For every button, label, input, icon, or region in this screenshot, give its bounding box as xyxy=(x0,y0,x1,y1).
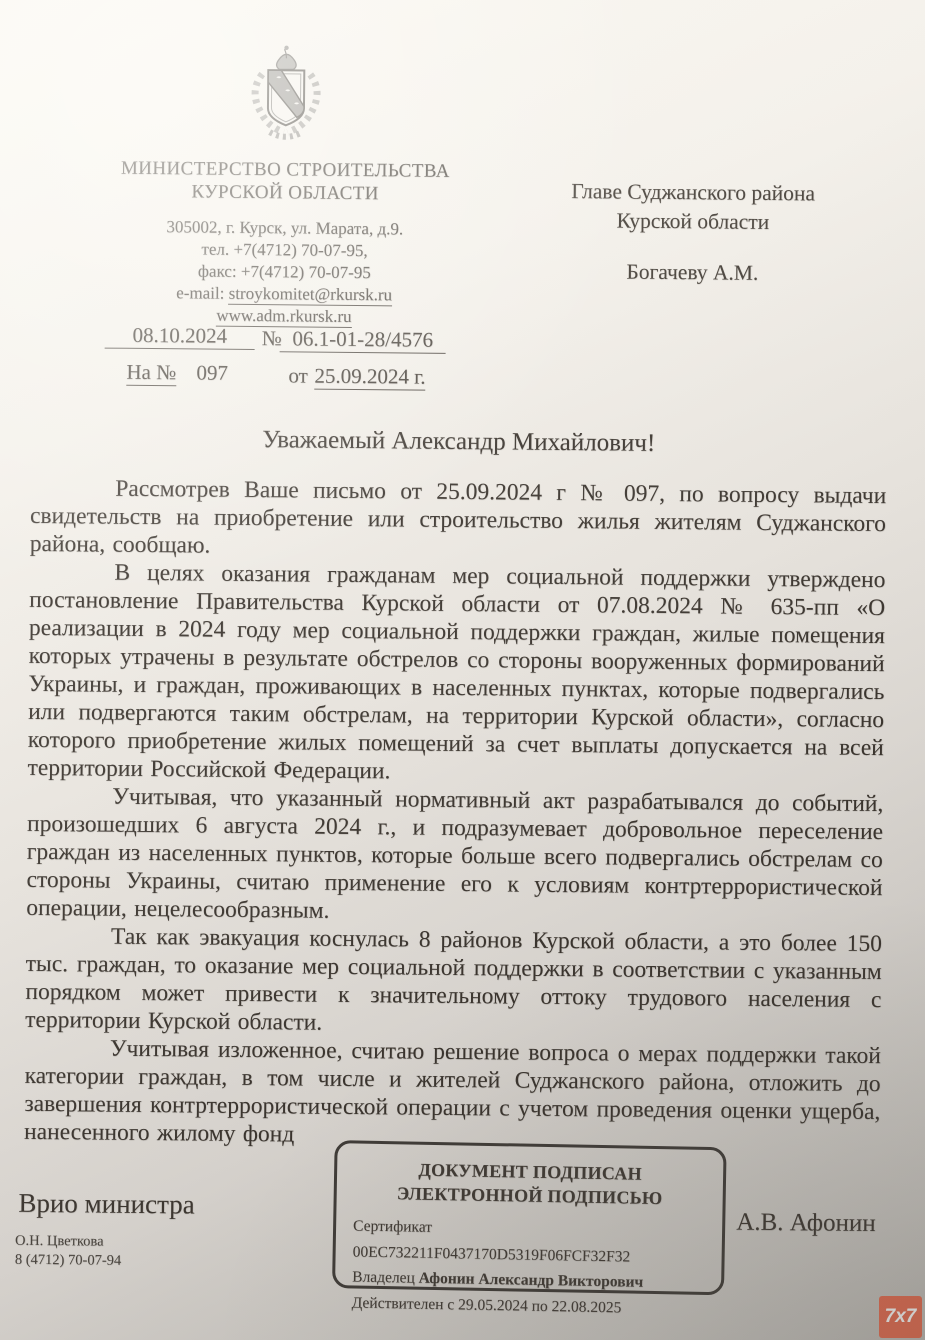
stamp-validity-line: Действителен с 29.05.2024 по 22.08.2025 xyxy=(351,1290,706,1322)
recipient-name: Богачеву А.М. xyxy=(527,257,857,289)
validity-label: Действителен с xyxy=(352,1294,455,1313)
recipient-block: Главе Суджанского района Курской области… xyxy=(527,177,858,289)
kursk-coat-of-arms-icon xyxy=(240,44,333,149)
valid-from: 29.05.2024 xyxy=(458,1296,528,1314)
reply-to-number: 097 xyxy=(196,360,228,385)
paragraph-4: Так как эвакуация коснулась 8 районов Ку… xyxy=(25,922,882,1042)
reply-from-label: от xyxy=(288,363,308,388)
signer-position: Врио министра xyxy=(18,1188,195,1221)
letter-body: Уважаемый Александр Михайлович! Рассмотр… xyxy=(24,424,887,1154)
7x7-watermark-logo: 7х7 xyxy=(879,1296,922,1338)
paragraph-5: Учитывая изложенное, считаю решение вопр… xyxy=(24,1034,881,1154)
executor-name: О.Н. Цветкова xyxy=(15,1232,122,1252)
paragraph-2: В целях оказания гражданам мер социально… xyxy=(27,558,885,790)
executor-phone: 8 (4712) 70-07-94 xyxy=(15,1251,122,1271)
digital-signature-stamp: ДОКУМЕНТ ПОДПИСАН ЭЛЕКТРОННОЙ ПОДПИСЬЮ С… xyxy=(332,1140,727,1295)
letterhead-contacts: 305002, г. Курск, ул. Марата, д.9. тел. … xyxy=(114,216,455,329)
recipient-line2: Курской области xyxy=(528,206,858,238)
reply-date: 25.09.2024 г. xyxy=(314,364,425,391)
document-photo: МИНИСТЕРСТВО СТРОИТЕЛЬСТВА КУРСКОЙ ОБЛАС… xyxy=(0,0,925,1340)
certificate-value: 00EC732211F0437170D5319F06FCF32F32 xyxy=(353,1243,631,1265)
reply-to-label: На № xyxy=(126,360,176,386)
letterhead-address: 305002, г. Курск, ул. Марата, д.9. xyxy=(115,216,455,241)
outgoing-number: 06.1-01-28/4576 xyxy=(280,326,446,354)
paragraph-3: Учитывая, что указанный нормативный акт … xyxy=(26,782,883,930)
letterhead: МИНИСТЕРСТВО СТРОИТЕЛЬСТВА КУРСКОЙ ОБЛАС… xyxy=(114,43,457,329)
valid-to-label: по xyxy=(532,1297,548,1314)
paragraph-1: Рассмотрев Ваше письмо от 25.09.2024 г №… xyxy=(30,474,887,566)
letterhead-email-line: e-mail: stroykomitet@rkursk.ru xyxy=(114,282,454,307)
letterhead-phone: тел. +7(4712) 70-07-95, xyxy=(114,238,454,263)
owner-value: Афонин Александр Викторович xyxy=(419,1270,644,1291)
owner-label: Владелец xyxy=(352,1268,415,1286)
reference-block: 08.10.2024 № 06.1-01-28/4576 На № 097 от… xyxy=(101,319,472,403)
valid-to: 22.08.2025 xyxy=(551,1298,621,1316)
recipient-line1: Главе Суджанского района xyxy=(528,177,858,209)
certificate-label: Сертификат xyxy=(353,1217,432,1235)
email-label: e-mail: xyxy=(176,283,229,303)
executor-block: О.Н. Цветкова 8 (4712) 70-07-94 xyxy=(15,1232,122,1271)
letterhead-fax: факс: +7(4712) 70-07-95 xyxy=(114,260,454,285)
salutation: Уважаемый Александр Михайлович! xyxy=(31,424,887,460)
document-sheet: МИНИСТЕРСТВО СТРОИТЕЛЬСТВА КУРСКОЙ ОБЛАС… xyxy=(0,0,925,1340)
ministry-name-line1: МИНИСТЕРСТВО СТРОИТЕЛЬСТВА xyxy=(115,157,455,183)
ministry-name-line2: КУРСКОЙ ОБЛАСТИ xyxy=(115,180,455,206)
outgoing-date: 08.10.2024 xyxy=(105,323,255,350)
stamp-certificate-line: Сертификат 00EC732211F0437170D5319F06FCF… xyxy=(352,1213,708,1270)
signer-name: А.В. Афонин xyxy=(736,1209,876,1238)
email-text: stroykomitet@rkursk.ru xyxy=(229,284,393,307)
